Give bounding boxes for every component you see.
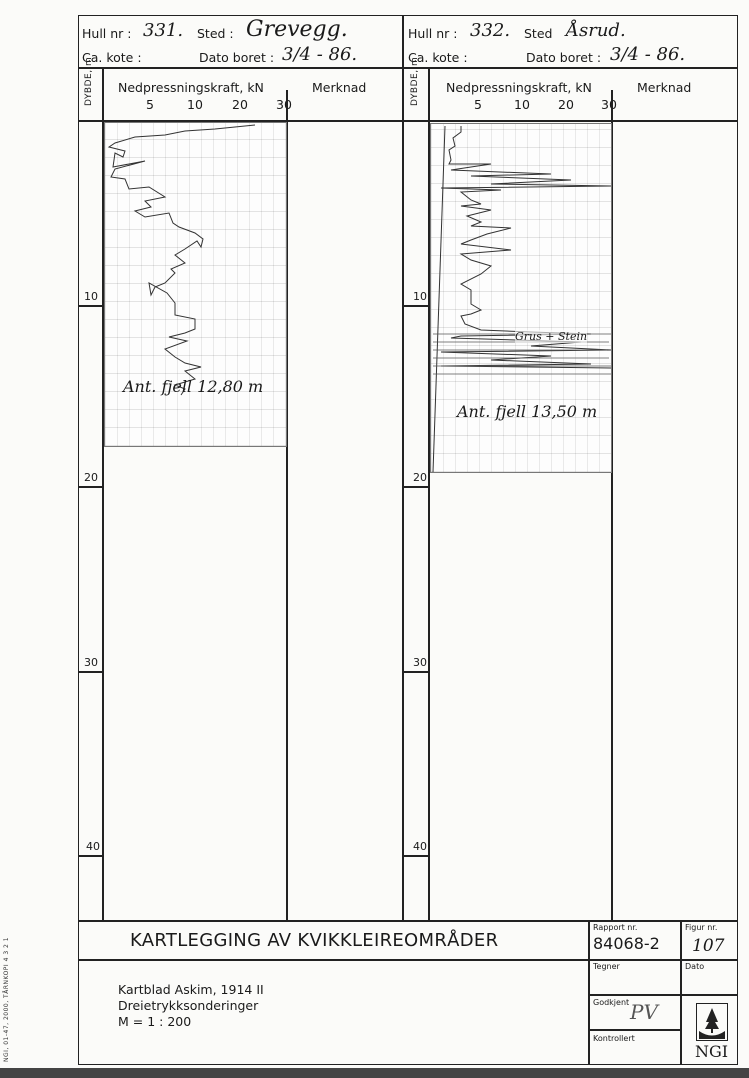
- depth-mark-30: [78, 671, 103, 673]
- depth-tick-30: 30: [84, 656, 98, 669]
- bedrock-annotation: Ant. fjell 12,80 m: [123, 377, 263, 396]
- sted-label: Sted: [524, 26, 552, 41]
- hull-nr-value: 332.: [470, 20, 510, 41]
- depth-tick-30: 30: [413, 656, 427, 669]
- force-tick-10: 10: [187, 97, 203, 112]
- force-axis-label: Nedpressningskraft, kN: [446, 80, 592, 95]
- depth-tick-40: 40: [86, 840, 100, 853]
- title-block-top: [78, 920, 738, 922]
- tegner-divider: [588, 994, 738, 996]
- figur-value: 107: [692, 936, 724, 956]
- force-tick-20: 20: [558, 97, 574, 112]
- gravel-stone-annotation: Grus + Stein: [515, 330, 587, 343]
- title-block-col2: [680, 920, 682, 1065]
- rapport-divider: [588, 959, 738, 961]
- sounding-plot-331: Ant. fjell 12,80 m: [104, 122, 287, 447]
- dato-value: 3/4 - 86.: [610, 44, 685, 65]
- remark-label: Merknad: [312, 80, 366, 95]
- hull-nr-value: 331.: [143, 20, 183, 41]
- sounding-curve: [105, 123, 286, 446]
- dato-label: Dato boret :: [526, 50, 601, 65]
- depth-mark-40: [78, 855, 103, 857]
- force-tick-30: 30: [601, 97, 617, 112]
- sted-label: Sted :: [197, 26, 234, 41]
- title-divider: [78, 959, 588, 961]
- depth-tick-10: 10: [413, 290, 427, 303]
- force-tick-5: 5: [474, 97, 482, 112]
- depth-mark-30: [404, 671, 429, 673]
- rapport-label: Rapport nr.: [593, 923, 637, 932]
- depth-axis-label: DYBDE, m: [84, 57, 94, 106]
- bedrock-annotation: Ant. fjell 13,50 m: [457, 402, 597, 421]
- godkjent-divider: [588, 1029, 680, 1031]
- header-divider: [78, 67, 738, 69]
- depth-tick-20: 20: [84, 471, 98, 484]
- sounding-plot-332: Grus + Stein Ant. fjell 13,50 m: [430, 123, 612, 473]
- force-axis-label: Nedpressningskraft, kN: [118, 80, 264, 95]
- force-tick-10: 10: [514, 97, 530, 112]
- ngi-logo-icon: [696, 1003, 728, 1041]
- dato-label: Dato: [685, 962, 704, 971]
- depth-mark-10: [78, 305, 103, 307]
- depth-mark-10: [404, 305, 429, 307]
- side-print-note: NGI, 01-47, 2000, TÅRNKOPI 4 3 2 1: [3, 937, 10, 1062]
- depth-tick-10: 10: [84, 290, 98, 303]
- depth-tick-20: 20: [413, 471, 427, 484]
- map-sheet: Kartblad Askim, 1914 II: [118, 982, 264, 997]
- sted-value: Åsrud.: [566, 20, 626, 41]
- dato-label: Dato boret :: [199, 50, 274, 65]
- dato-value: 3/4 - 86.: [282, 44, 357, 65]
- scale: M = 1 : 200: [118, 1014, 191, 1029]
- rapport-value: 84068-2: [593, 934, 660, 953]
- project-title: KARTLEGGING AV KVIKKLEIREOMRÅDER: [130, 930, 498, 951]
- figur-label: Figur nr.: [685, 923, 717, 932]
- force-tick-30: 30: [276, 97, 292, 112]
- force-tick-20: 20: [232, 97, 248, 112]
- scan-edge: [0, 1068, 749, 1078]
- ngi-logo-text: NGI: [695, 1042, 728, 1061]
- sounding-type: Dreietrykksonderinger: [118, 998, 258, 1013]
- depth-tick-40: 40: [413, 840, 427, 853]
- tegner-label: Tegner: [593, 962, 620, 971]
- godkjent-signature: PV: [630, 1000, 658, 1024]
- force-tick-5: 5: [146, 97, 154, 112]
- remark-label: Merknad: [637, 80, 691, 95]
- log-separator: [402, 15, 404, 920]
- title-block-col1: [588, 920, 590, 1065]
- hull-nr-label: Hull nr :: [408, 26, 458, 41]
- depth-mark-20: [404, 486, 429, 488]
- hull-nr-label: Hull nr :: [82, 26, 132, 41]
- kontrollert-label: Kontrollert: [593, 1034, 635, 1043]
- depth-mark-40: [404, 855, 429, 857]
- depth-axis-label: DYBDE, m: [410, 57, 420, 106]
- depth-mark-20: [78, 486, 103, 488]
- sted-value: Grevegg.: [246, 17, 348, 42]
- godkjent-label: Godkjent: [593, 998, 629, 1007]
